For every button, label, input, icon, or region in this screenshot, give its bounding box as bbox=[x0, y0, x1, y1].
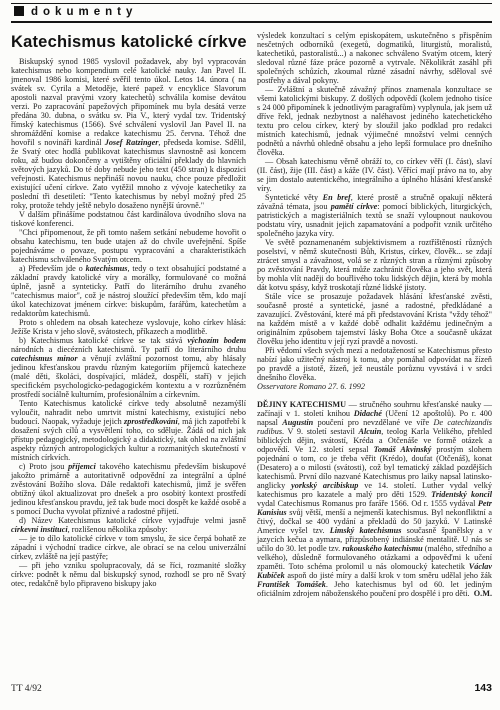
right-column: výsledek konzultací s celým episkopátem,… bbox=[257, 31, 492, 598]
text-run: František Tomášek bbox=[257, 580, 326, 589]
text-run: zprostředkování bbox=[124, 417, 178, 426]
magazine-page: dokumenty Katechismus katolické církve B… bbox=[0, 0, 500, 710]
text-run: Petr Kanisius bbox=[257, 499, 492, 517]
paragraph: b) Katechismus katolické církve se tak s… bbox=[11, 336, 246, 399]
header-rule-top bbox=[11, 3, 492, 4]
text-run: církevní instituci bbox=[11, 525, 68, 534]
text-run: pamětí církve bbox=[331, 202, 377, 211]
paragraph: d) Název Katechismus katolické církve vy… bbox=[11, 516, 246, 534]
header-rule-bottom bbox=[11, 21, 492, 23]
text-run: Didaché bbox=[354, 409, 382, 418]
text-run: Tomáš Akvinský bbox=[374, 445, 432, 454]
paragraph: "Chci připomenout, že při tomto našem se… bbox=[11, 228, 246, 264]
paragraph: a) Především jde o katechismus, tedy o t… bbox=[11, 264, 246, 318]
text-run: Augustin bbox=[282, 418, 313, 427]
text-run: En bref bbox=[323, 193, 351, 202]
paragraph: Osservatore Romano 27. 6. 1992 bbox=[257, 382, 492, 391]
page-title: Katechismus katolické církve bbox=[11, 33, 247, 52]
paragraph: V dalším přinášíme podstatnou část kardi… bbox=[11, 210, 246, 228]
footer-issue-label: TT 4/92 bbox=[11, 684, 42, 694]
text-run: rakouského katechismu bbox=[342, 544, 422, 553]
paragraph: — Obsah katechismu věrně obráží to, co c… bbox=[257, 157, 492, 193]
text-run: příjemci bbox=[68, 462, 96, 471]
paragraph: výsledek konzultací s celým episkopátem,… bbox=[257, 31, 492, 85]
text-run: DĚJINY KATECHISMU bbox=[257, 400, 346, 409]
text-run: Josef Ratzinger bbox=[105, 138, 159, 147]
paragraph: — při jeho vzniku spolupracovaly, dá se … bbox=[11, 561, 246, 588]
paragraph: Syntetické věty En bref, které prostě a … bbox=[257, 193, 492, 238]
text-run: O.M. bbox=[474, 589, 492, 598]
section-header: dokumenty bbox=[14, 6, 137, 18]
text-run: katechismus bbox=[86, 264, 128, 273]
section-label: dokumenty bbox=[31, 6, 137, 18]
paragraph: DĚJINY KATECHISMU — stručného souhrnu kř… bbox=[257, 400, 492, 598]
paragraph: Stále více se prosazuje požadavek hlásán… bbox=[257, 292, 492, 346]
section-bullet-icon bbox=[14, 6, 24, 16]
text-run: Alcuin bbox=[359, 427, 382, 436]
text-run: Limský katechismus bbox=[330, 526, 402, 535]
paragraph: Tento Katechismus katolické církve tedy … bbox=[11, 399, 246, 462]
text-run: Václav Kubíček bbox=[257, 562, 492, 580]
text-run: výchozím bodem bbox=[187, 336, 246, 345]
paragraph: c) Proto jsou příjemci takového katechis… bbox=[11, 462, 246, 516]
footer-page-number: 143 bbox=[474, 682, 492, 694]
paragraph: — je to dílo katolické církve v tom smys… bbox=[11, 534, 246, 561]
text-run: catechismus minor bbox=[11, 354, 78, 363]
paragraph: Proto s ohledem na obsah katecheze vyslo… bbox=[11, 318, 246, 336]
page-footer: TT 4/92 143 bbox=[11, 682, 492, 694]
paragraph: Při vědomí všech svých mezí a nedotaženo… bbox=[257, 346, 492, 382]
text-run: yorkský arcibiskup bbox=[291, 481, 358, 490]
text-run: Tridentský koncil bbox=[431, 490, 492, 499]
left-column: Biskupský synod 1985 vyslovil požadavek,… bbox=[11, 57, 246, 588]
paragraph: Ve světě poznamenaném subjektivismem a r… bbox=[257, 238, 492, 292]
paragraph: Biskupský synod 1985 vyslovil požadavek,… bbox=[11, 57, 246, 210]
paragraph: — Zvláštní a skutečně závažný přínos zna… bbox=[257, 85, 492, 157]
